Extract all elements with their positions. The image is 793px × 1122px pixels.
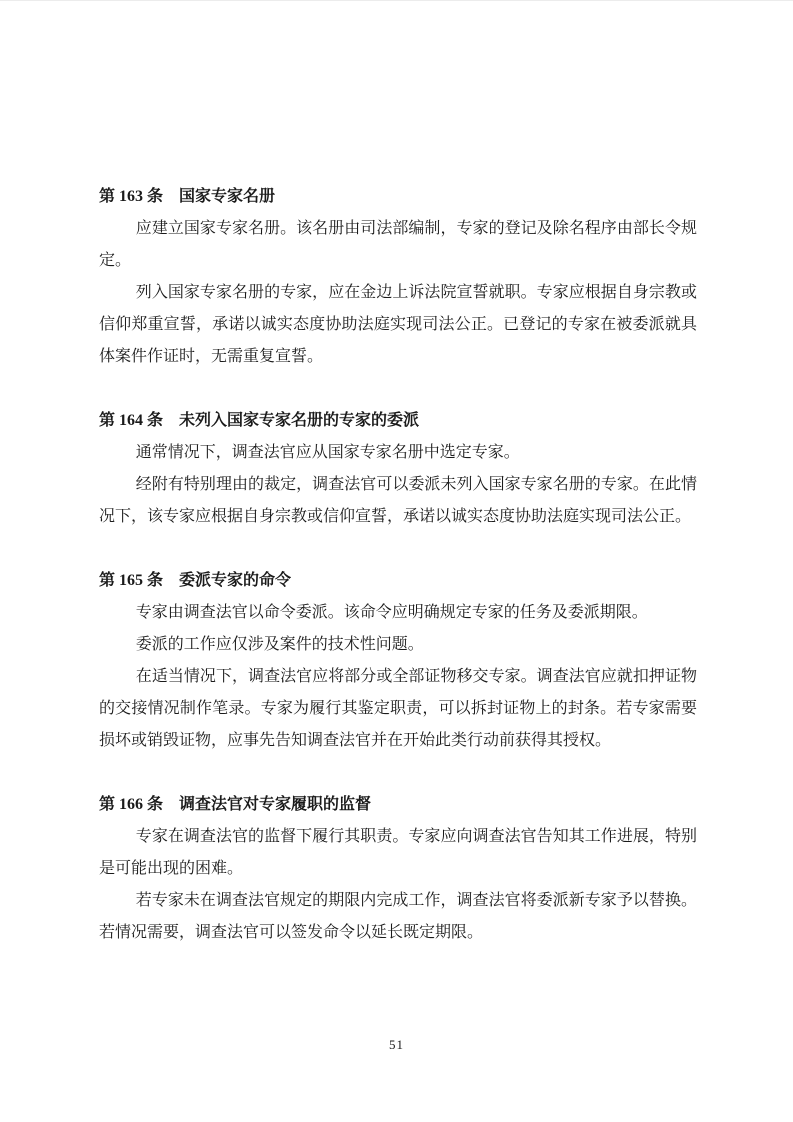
article-paragraph: 专家在调查法官的监督下履行其职责。专家应向调查法官告知其工作进展，特别是可能出现… [99, 821, 697, 885]
article-heading: 第 166 条 调查法官对专家履职的监督 [99, 789, 697, 821]
document-content: 第 163 条 国家专家名册 应建立国家专家名册。该名册由司法部编制，专家的登记… [99, 181, 697, 949]
article-166: 第 166 条 调查法官对专家履职的监督 专家在调查法官的监督下履行其职责。专家… [99, 789, 697, 949]
article-heading: 第 165 条 委派专家的命令 [99, 565, 697, 597]
article-paragraph: 若专家未在调查法官规定的期限内完成工作，调查法官将委派新专家予以替换。若情况需要… [99, 885, 697, 949]
article-heading: 第 163 条 国家专家名册 [99, 181, 697, 213]
article-paragraph: 经附有特别理由的裁定，调查法官可以委派未列入国家专家名册的专家。在此情况下，该专… [99, 469, 697, 533]
article-163: 第 163 条 国家专家名册 应建立国家专家名册。该名册由司法部编制，专家的登记… [99, 181, 697, 373]
article-paragraph: 应建立国家专家名册。该名册由司法部编制，专家的登记及除名程序由部长令规定。 [99, 213, 697, 277]
article-paragraph: 委派的工作应仅涉及案件的技术性问题。 [99, 629, 697, 661]
article-paragraph: 在适当情况下，调查法官应将部分或全部证物移交专家。调查法官应就扣押证物的交接情况… [99, 661, 697, 757]
article-165: 第 165 条 委派专家的命令 专家由调查法官以命令委派。该命令应明确规定专家的… [99, 565, 697, 757]
article-164: 第 164 条 未列入国家专家名册的专家的委派 通常情况下，调查法官应从国家专家… [99, 405, 697, 533]
page-number: 51 [0, 1037, 793, 1053]
document-page: 第 163 条 国家专家名册 应建立国家专家名册。该名册由司法部编制，专家的登记… [0, 0, 793, 1122]
article-paragraph: 列入国家专家名册的专家，应在金边上诉法院宣誓就职。专家应根据自身宗教或信仰郑重宣… [99, 277, 697, 373]
article-paragraph: 通常情况下，调查法官应从国家专家名册中选定专家。 [99, 437, 697, 469]
article-paragraph: 专家由调查法官以命令委派。该命令应明确规定专家的任务及委派期限。 [99, 597, 697, 629]
article-heading: 第 164 条 未列入国家专家名册的专家的委派 [99, 405, 697, 437]
